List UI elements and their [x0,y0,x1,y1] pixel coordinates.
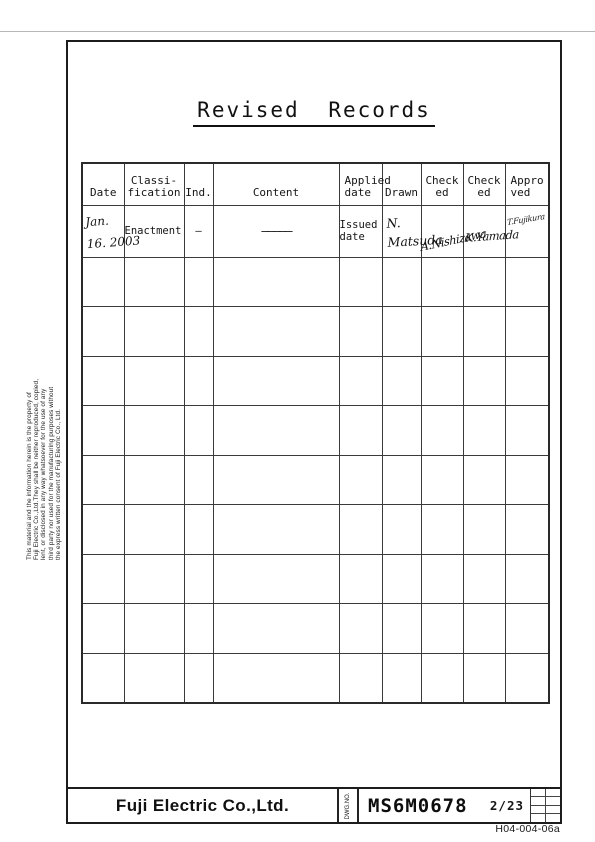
empty-cell [213,307,339,357]
cell-checked-2: K.Yamada [463,205,505,257]
empty-cell [382,406,421,456]
empty-cell [505,653,549,703]
page-title: Revised Records [193,98,435,127]
empty-cell [463,257,505,307]
column-header-approved: Appro ved [505,163,549,205]
footer-title-block: Fuji Electric Co.,Ltd. DWG.NO. MS6M0678 … [66,787,562,824]
empty-cell [82,604,124,654]
empty-cell [339,455,382,505]
empty-cell [213,257,339,307]
empty-cell [213,406,339,456]
empty-cell [463,406,505,456]
cell-drawn: N. Matsuda [382,205,421,257]
cell-applied-date: Issued date [339,205,382,257]
empty-cell [339,406,382,456]
footer-mini-grid [531,789,560,822]
empty-cell [82,554,124,604]
empty-cell [463,455,505,505]
empty-cell [382,653,421,703]
empty-cell [382,604,421,654]
table-row-empty [82,455,549,505]
empty-cell [463,505,505,555]
empty-cell [505,455,549,505]
column-header-ind: Ind. [184,163,213,205]
empty-cell [421,257,463,307]
cell-date: Jan. 16. 2003 [82,205,124,257]
empty-cell [213,356,339,406]
empty-cell [463,554,505,604]
empty-cell [421,307,463,357]
empty-cell [213,505,339,555]
table-row-empty [82,356,549,406]
empty-cell [505,554,549,604]
empty-cell [382,257,421,307]
empty-cell [421,604,463,654]
empty-cell [124,356,184,406]
column-header-classification: Classi- fication [124,163,184,205]
empty-cell [505,406,549,456]
dwg-no-label-cell: DWG.NO. [339,789,359,822]
empty-cell [421,653,463,703]
empty-cell [184,356,213,406]
empty-cell [382,356,421,406]
table-row-empty [82,307,549,357]
empty-cell [124,455,184,505]
empty-cell [382,554,421,604]
revision-table: Date Classi- fication Ind. Content Appli… [81,162,550,704]
empty-cell [213,604,339,654]
empty-cell [213,653,339,703]
empty-cell [421,406,463,456]
empty-cell [421,356,463,406]
drawing-number-cell: MS6M0678 2/23 [359,789,531,822]
empty-cell [82,406,124,456]
empty-cell [339,653,382,703]
column-header-checked-1: Check ed [421,163,463,205]
empty-cell [82,356,124,406]
table-row-empty [82,406,549,456]
empty-cell [382,505,421,555]
company-name: Fuji Electric Co.,Ltd. [68,789,339,822]
empty-cell [124,307,184,357]
empty-cell [421,554,463,604]
cell-classification: Enactment [124,205,184,257]
empty-cell [339,554,382,604]
empty-cell [184,257,213,307]
empty-cell [382,455,421,505]
document-reference: H04-004-06a [380,823,560,835]
empty-cell [463,653,505,703]
table-row-empty [82,653,549,703]
empty-cell [339,356,382,406]
empty-cell [421,505,463,555]
empty-cell [184,455,213,505]
column-header-checked-2: Check ed [463,163,505,205]
empty-cell [339,257,382,307]
empty-cell [505,257,549,307]
column-header-content: Content [213,163,339,205]
empty-cell [184,505,213,555]
empty-cell [82,307,124,357]
empty-cell [463,356,505,406]
empty-cell [184,604,213,654]
empty-cell [124,257,184,307]
dwg-no-label: DWG.NO. [345,792,351,819]
column-header-applied-date: Applied date [339,163,382,205]
empty-cell [82,257,124,307]
drawn-signature: N. Matsuda [381,210,421,252]
handwritten-date: Jan. 16. 2003 [81,207,125,256]
table-row-empty [82,257,549,307]
empty-cell [463,604,505,654]
empty-cell [124,653,184,703]
empty-cell [124,406,184,456]
empty-cell [82,505,124,555]
empty-cell [382,307,421,357]
empty-cell [505,307,549,357]
cell-checked-1: A.Nishizawa [421,205,463,257]
page-title-container: Revised Records [66,98,562,127]
empty-cell [421,455,463,505]
empty-cell [184,554,213,604]
empty-cell [124,554,184,604]
empty-cell [213,554,339,604]
content-dash: ————— [214,224,339,239]
table-row-enactment: Jan. 16. 2003 Enactment — ————— Issued d… [82,205,549,257]
table-row-empty [82,505,549,555]
table-header-row: Date Classi- fication Ind. Content Appli… [82,163,549,205]
empty-cell [184,406,213,456]
empty-cell [339,604,382,654]
empty-cell [184,307,213,357]
empty-cell [124,604,184,654]
column-header-date: Date [82,163,124,205]
empty-cell [505,604,549,654]
empty-cell [124,505,184,555]
empty-cell [213,455,339,505]
drawing-number: MS6M0678 [368,795,468,817]
cell-approved: T.Fujikura [505,205,549,257]
empty-cell [505,505,549,555]
empty-cell [463,307,505,357]
approved-signature: T.Fujikura [507,211,545,226]
cell-content: ————— [213,205,339,257]
table-row-empty [82,604,549,654]
empty-cell [184,653,213,703]
empty-cell [339,307,382,357]
empty-cell [82,653,124,703]
empty-cell [82,455,124,505]
table-row-empty [82,554,549,604]
cell-indication: — [184,205,213,257]
property-notice: This material and the information herein… [26,358,62,560]
empty-cell [339,505,382,555]
page-number: 2/23 [490,798,524,813]
empty-cell [505,356,549,406]
scan-edge-line [0,31,595,32]
